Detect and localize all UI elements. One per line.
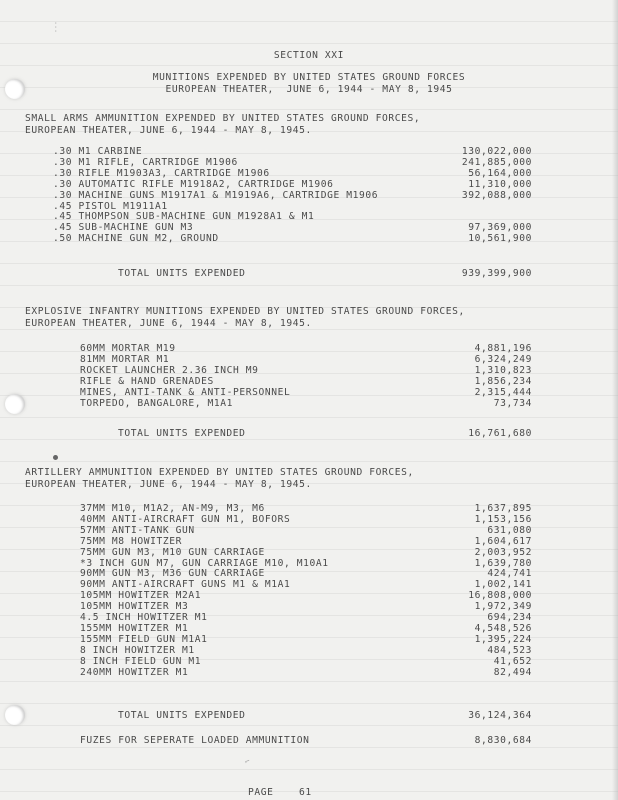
section-title-line1: SMALL ARMS AMMUNITION EXPENDED BY UNITED… xyxy=(25,113,420,125)
section-title-line2: EUROPEAN THEATER, JUNE 6, 1944 - MAY 8, … xyxy=(25,479,312,491)
page-edge-shadow xyxy=(612,0,618,800)
section-heading: SECTION XXI xyxy=(0,50,618,62)
total-label: TOTAL UNITS EXPENDED xyxy=(118,710,246,722)
fuzes-value: 8,830,684 xyxy=(392,735,532,747)
margin-dots: ··· xyxy=(54,22,58,34)
punch-hole-middle xyxy=(5,394,25,414)
section-title-line1: ARTILLERY AMMUNITION EXPENDED BY UNITED … xyxy=(25,467,414,479)
stray-mark: ⌐ xyxy=(244,756,252,766)
document-page: ··· SECTION XXI MUNITIONS EXPENDED BY UN… xyxy=(0,0,618,800)
table-row-units: 10,561,900 xyxy=(392,233,532,245)
total-label: TOTAL UNITS EXPENDED xyxy=(118,268,246,280)
table-row-units: 82,494 xyxy=(392,667,532,679)
main-title-line2: EUROPEAN THEATER, JUNE 6, 1944 - MAY 8, … xyxy=(0,84,618,96)
total-value: 939,399,900 xyxy=(392,268,532,280)
page-number: 61 xyxy=(299,787,312,799)
page-label: PAGE xyxy=(248,787,274,799)
total-label: TOTAL UNITS EXPENDED xyxy=(118,428,246,440)
table-row-item: .50 MACHINE GUN M2, GROUND xyxy=(53,233,219,245)
punch-hole-bottom xyxy=(5,705,25,725)
table-row-item: 240MM HOWITZER M1 xyxy=(80,667,188,679)
table-row-units: 392,088,000 xyxy=(392,190,532,202)
table-row-item: TORPEDO, BANGALORE, M1A1 xyxy=(80,398,233,410)
total-value: 16,761,680 xyxy=(392,428,532,440)
fuzes-label: FUZES FOR SEPERATE LOADED AMMUNITION xyxy=(80,735,310,747)
section-title-line1: EXPLOSIVE INFANTRY MUNITIONS EXPENDED BY… xyxy=(25,306,465,318)
total-value: 36,124,364 xyxy=(392,710,532,722)
main-title-line1: MUNITIONS EXPENDED BY UNITED STATES GROU… xyxy=(0,72,618,84)
table-row-units: 73,734 xyxy=(392,398,532,410)
section-title-line2: EUROPEAN THEATER, JUNE 6, 1944 - MAY 8, … xyxy=(25,125,312,137)
section-title-line2: EUROPEAN THEATER, JUNE 6, 1944 - MAY 8, … xyxy=(25,318,312,330)
bullet-mark xyxy=(53,455,58,460)
